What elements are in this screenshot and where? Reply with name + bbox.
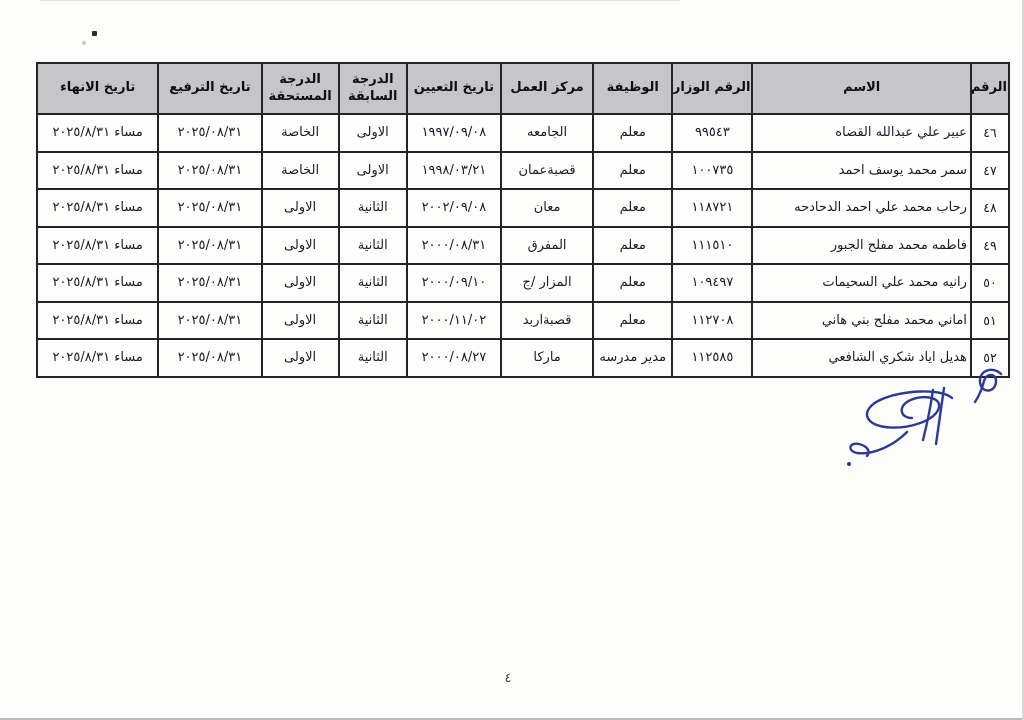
cell-entitled_grade: الاولى bbox=[262, 189, 339, 227]
cell-appointment_date: ٢٠٠٠/٠٨/٢٧ bbox=[407, 339, 501, 377]
handwritten-signature bbox=[815, 352, 1024, 482]
cell-name: فاطمه محمد مفلح الجبور bbox=[752, 227, 970, 265]
cell-appointment_date: ٢٠٠٠/١١/٠٢ bbox=[407, 302, 501, 340]
cell-name: عبير علي عبدالله القضاه bbox=[752, 114, 970, 152]
cell-entitled_grade: الخاصة bbox=[262, 152, 339, 190]
cell-end_date: مساء ٢٠٢٥/٨/٣١ bbox=[37, 189, 158, 227]
cell-work_center: المفرق bbox=[501, 227, 593, 265]
cell-job: معلم bbox=[593, 152, 672, 190]
cell-num: ٥١ bbox=[971, 302, 1009, 340]
scan-edge-top bbox=[40, 0, 680, 1]
cell-num: ٤٨ bbox=[971, 189, 1009, 227]
cell-job: معلم bbox=[593, 189, 672, 227]
cell-promotion_date: ٢٠٢٥/٠٨/٣١ bbox=[158, 264, 261, 302]
cell-ministry_no: ١١٨٧٢١ bbox=[672, 189, 752, 227]
cell-previous_grade: الثانية bbox=[339, 339, 407, 377]
table-row: ٤٧سمر محمد يوسف احمد١٠٠٧٣٥معلمقصبةعمان١٩… bbox=[37, 152, 1009, 190]
cell-ministry_no: ٩٩٥٤٣ bbox=[672, 114, 752, 152]
cell-previous_grade: الثانية bbox=[339, 189, 407, 227]
cell-job: معلم bbox=[593, 264, 672, 302]
scanned-document-page: الرقمالاسمالرقم الوزاريالوظيفةمركز العمل… bbox=[0, 0, 1024, 720]
cell-num: ٤٦ bbox=[971, 114, 1009, 152]
cell-appointment_date: ٢٠٠٠/٠٨/٣١ bbox=[407, 227, 501, 265]
scan-speck bbox=[82, 41, 86, 45]
cell-job: معلم bbox=[593, 302, 672, 340]
page-number: ٤ bbox=[498, 671, 518, 686]
cell-promotion_date: ٢٠٢٥/٠٨/٣١ bbox=[158, 152, 261, 190]
cell-work_center: ماركا bbox=[501, 339, 593, 377]
column-header-name: الاسم bbox=[752, 63, 970, 114]
table-row: ٤٦عبير علي عبدالله القضاه٩٩٥٤٣معلمالجامع… bbox=[37, 114, 1009, 152]
signature-dot bbox=[847, 462, 851, 466]
cell-promotion_date: ٢٠٢٥/٠٨/٣١ bbox=[158, 189, 261, 227]
table-body: ٤٦عبير علي عبدالله القضاه٩٩٥٤٣معلمالجامع… bbox=[37, 114, 1009, 377]
cell-end_date: مساء ٢٠٢٥/٨/٣١ bbox=[37, 152, 158, 190]
column-header-entitled_grade: الدرجة المستحقة bbox=[262, 63, 339, 114]
cell-num: ٥٠ bbox=[971, 264, 1009, 302]
cell-appointment_date: ٢٠٠٢/٠٩/٠٨ bbox=[407, 189, 501, 227]
column-header-previous_grade: الدرجة السابقة bbox=[339, 63, 407, 114]
cell-num: ٤٩ bbox=[971, 227, 1009, 265]
cell-entitled_grade: الاولى bbox=[262, 302, 339, 340]
cell-entitled_grade: الاولى bbox=[262, 264, 339, 302]
cell-promotion_date: ٢٠٢٥/٠٨/٣١ bbox=[158, 302, 261, 340]
cell-job: معلم bbox=[593, 114, 672, 152]
cell-name: رانيه محمد علي السحيمات bbox=[752, 264, 970, 302]
cell-name: رحاب محمد علي احمد الدحادحه bbox=[752, 189, 970, 227]
table-header-row: الرقمالاسمالرقم الوزاريالوظيفةمركز العمل… bbox=[37, 63, 1009, 114]
cell-work_center: قصبةعمان bbox=[501, 152, 593, 190]
cell-entitled_grade: الاولى bbox=[262, 339, 339, 377]
cell-ministry_no: ١١١٥١٠ bbox=[672, 227, 752, 265]
table-row: ٥١اماني محمد مفلح بني هاني١١٢٧٠٨معلمقصبة… bbox=[37, 302, 1009, 340]
table-row: ٤٩فاطمه محمد مفلح الجبور١١١٥١٠معلمالمفرق… bbox=[37, 227, 1009, 265]
table-row: ٥٠رانيه محمد علي السحيمات١٠٩٤٩٧معلمالمزا… bbox=[37, 264, 1009, 302]
cell-appointment_date: ١٩٩٨/٠٣/٢١ bbox=[407, 152, 501, 190]
cell-ministry_no: ١١٢٧٠٨ bbox=[672, 302, 752, 340]
cell-end_date: مساء ٢٠٢٥/٨/٣١ bbox=[37, 227, 158, 265]
cell-end_date: مساء ٢٠٢٥/٨/٣١ bbox=[37, 114, 158, 152]
column-header-num: الرقم bbox=[971, 63, 1009, 114]
cell-num: ٤٧ bbox=[971, 152, 1009, 190]
cell-name: اماني محمد مفلح بني هاني bbox=[752, 302, 970, 340]
cell-name: سمر محمد يوسف احمد bbox=[752, 152, 970, 190]
cell-work_center: المزار /ج bbox=[501, 264, 593, 302]
column-header-ministry_no: الرقم الوزاري bbox=[672, 63, 752, 114]
signature-tail bbox=[850, 432, 907, 456]
cell-end_date: مساء ٢٠٢٥/٨/٣١ bbox=[37, 264, 158, 302]
cell-ministry_no: ١٠٩٤٩٧ bbox=[672, 264, 752, 302]
table-header: الرقمالاسمالرقم الوزاريالوظيفةمركز العمل… bbox=[37, 63, 1009, 114]
table-row: ٤٨رحاب محمد علي احمد الدحادحه١١٨٧٢١معلمم… bbox=[37, 189, 1009, 227]
cell-end_date: مساء ٢٠٢٥/٨/٣١ bbox=[37, 302, 158, 340]
cell-previous_grade: الثانية bbox=[339, 264, 407, 302]
column-header-end_date: تاريخ الانهاء bbox=[37, 63, 158, 114]
scan-speck bbox=[92, 31, 97, 36]
cell-job: مدير مدرسه bbox=[593, 339, 672, 377]
cell-previous_grade: الثانية bbox=[339, 227, 407, 265]
cell-previous_grade: الاولى bbox=[339, 114, 407, 152]
cell-previous_grade: الثانية bbox=[339, 302, 407, 340]
cell-job: معلم bbox=[593, 227, 672, 265]
cell-promotion_date: ٢٠٢٥/٠٨/٣١ bbox=[158, 114, 261, 152]
cell-end_date: مساء ٢٠٢٥/٨/٣١ bbox=[37, 339, 158, 377]
column-header-job: الوظيفة bbox=[593, 63, 672, 114]
column-header-promotion_date: تاريخ الترفيع bbox=[158, 63, 261, 114]
column-header-appointment_date: تاريخ التعيين bbox=[407, 63, 501, 114]
cell-work_center: قصبةاربد bbox=[501, 302, 593, 340]
cell-promotion_date: ٢٠٢٥/٠٨/٣١ bbox=[158, 227, 261, 265]
column-header-work_center: مركز العمل bbox=[501, 63, 593, 114]
cell-promotion_date: ٢٠٢٥/٠٨/٣١ bbox=[158, 339, 261, 377]
signature-flourish-small bbox=[975, 370, 1001, 402]
cell-appointment_date: ١٩٩٧/٠٩/٠٨ bbox=[407, 114, 501, 152]
cell-ministry_no: ١١٢٥٨٥ bbox=[672, 339, 752, 377]
cell-work_center: الجامعه bbox=[501, 114, 593, 152]
cell-appointment_date: ٢٠٠٠/٠٩/١٠ bbox=[407, 264, 501, 302]
cell-work_center: معان bbox=[501, 189, 593, 227]
employee-roster-table: الرقمالاسمالرقم الوزاريالوظيفةمركز العمل… bbox=[36, 62, 1010, 378]
cell-ministry_no: ١٠٠٧٣٥ bbox=[672, 152, 752, 190]
cell-previous_grade: الاولى bbox=[339, 152, 407, 190]
cell-entitled_grade: الاولى bbox=[262, 227, 339, 265]
cell-entitled_grade: الخاصة bbox=[262, 114, 339, 152]
